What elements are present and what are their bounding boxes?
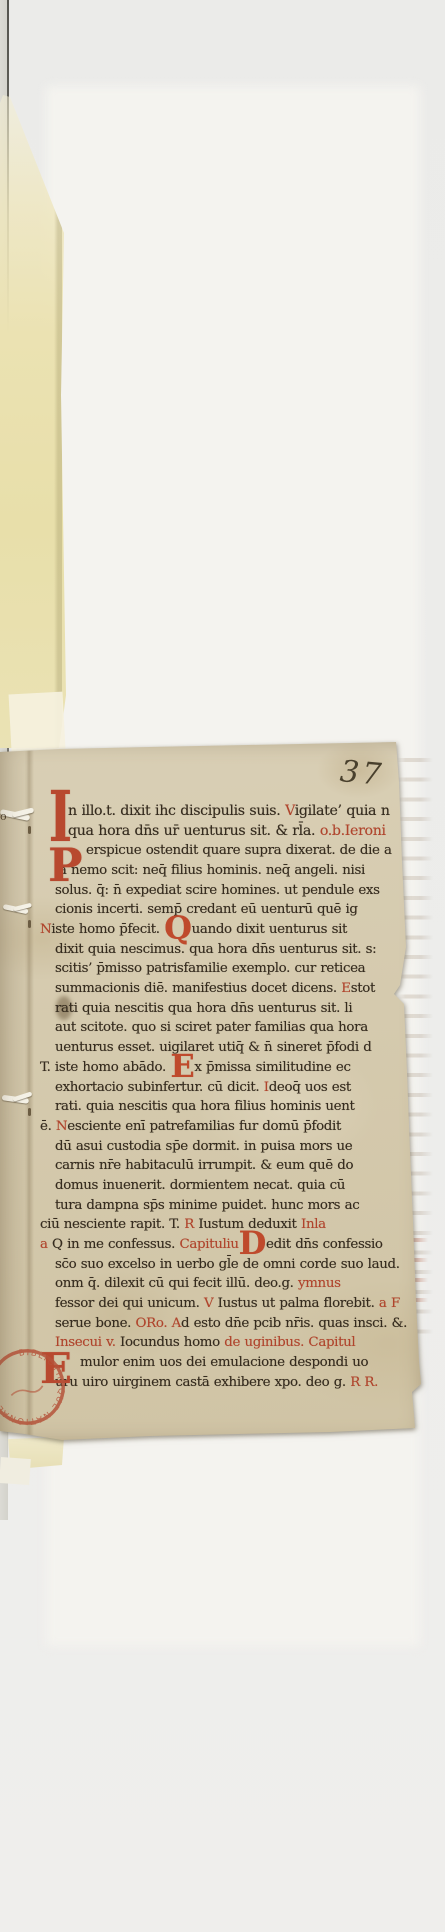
rubric-text: a F [379,1296,400,1311]
ink-text: domus inuenerit. dormientem necat. quia … [55,1178,345,1193]
text-line: ia nemo scit: neq̄ filius hominis. neq̄ … [40,861,365,881]
text-line: onm q̄. dilexit cū qui fecit illū. deo… [40,1274,341,1294]
stamp-smudge-icon [11,1385,44,1398]
ink-text: uando dixit uenturus sit [192,922,347,937]
text-line: ē. Nesciente enī patrefamilias fur dom… [40,1117,341,1137]
text-line: uenturus esset. uigilaret utiq̄ & n̄ sin… [40,1038,371,1058]
rubric-text: Capituliu [180,1237,239,1252]
ink-text: serue bone. [55,1316,136,1331]
ink-text: esciente enī patrefamilias fur domū p̄… [67,1119,341,1134]
text-line: sc̄o suo excelso in uerbo gl̄e de omni c… [40,1255,400,1275]
text-line: scitis’ p̄misso patrisfamilie exemplo. c… [40,959,365,979]
ink-text: dū asui custodia sp̄e dormit. in puisa … [55,1139,352,1154]
ink-text: rati. quia nescitis qua hora filius homi… [55,1099,355,1114]
text-line: rati quia nescitis qua hora dn̄s uenturu… [40,999,352,1019]
rubric-text: ymnus [298,1276,341,1291]
ink-text: Iustus ut palma florebit. [218,1296,379,1311]
photo-canvas: 37 n illo.t. dixit ihc discipulis suis. … [0,0,445,1932]
sewing-slit [28,1108,31,1116]
ink-text: stot [351,981,375,996]
rubric-text: V [285,803,295,819]
ink-text: ciū nesciente rapit. T. [40,1217,184,1232]
text-line: dū asui custodia sp̄e dormit. in puisa … [40,1137,352,1157]
text-line: Insecui v. Iocundus homo de uginibus. Ca… [40,1333,355,1353]
ink-text: exhortacio subinfertur. cū dicit. [55,1080,264,1095]
rubric-text: Capitul [308,1335,355,1350]
ink-text: T. iste homo abādo. [40,1060,170,1075]
tape-tab-small [0,1457,31,1485]
rubric-text: ORo. A [136,1316,181,1331]
rubric-text: N [40,922,51,937]
decorated-initial: P [48,842,83,888]
rubric-text: E [341,981,350,996]
ink-text: uenturus esset. uigilaret utiq̄ & n̄ sin… [55,1040,371,1055]
text-line: summacionis diē. manifestius docet dice… [40,979,375,999]
ink-text: d esto dn̄e pcib nr̄is. quas insci. &. [181,1316,407,1331]
ink-text: onm q̄. dilexit cū qui fecit illū. deo… [55,1276,298,1291]
sewing-slit [28,920,31,928]
sewing-thread [1,1092,36,1109]
ink-text: deoq̄ uos est [269,1080,351,1095]
rubric-text: N [56,1119,67,1134]
parchment-wrap: 37 n illo.t. dixit ihc discipulis suis. … [0,742,422,1442]
ink-text: uru uiro uirginem castā exhibere xpo. d… [55,1375,350,1390]
text-line: fessor dei qui unicum. V Iustus ut palma… [40,1294,400,1314]
ink-text: erspicue ostendit quare supra dixerat. d… [86,843,392,858]
rubric-text: de uginibus. [224,1335,308,1350]
ink-text: scitis’ p̄misso patrisfamilie exemplo. c… [55,961,365,976]
text-line: rati. quia nescitis qua hora filius homi… [40,1097,355,1117]
text-line: carnis nr̄e habitaculū irrumpit. & eum … [40,1156,353,1176]
ink-text: Q in me confessus. [52,1237,179,1252]
ink-text: igilate’ quia n [295,803,390,819]
text-line: exhortacio subinfertur. cū dicit. Ideoq… [40,1078,351,1098]
text-line: uru uiro uirginem castā exhibere xpo. d… [40,1373,378,1393]
rubric-text: V [204,1296,218,1311]
ink-text: mulor enim uos dei emulacione despondi u… [80,1355,368,1370]
text-line: dixit quia nescimus. qua hora dn̄s uentu… [40,940,376,960]
ink-text: tura dampna sp̄s minime puidet. hunc mor… [55,1198,359,1213]
ink-text: rati quia nescitis qua hora dn̄s uenturu… [55,1001,352,1016]
ink-text: iste homo p̄fecit. [51,922,164,937]
text-block: n illo.t. dixit ihc discipulis suis. Vig… [40,742,415,1442]
ink-text: solus. q̄: n̄ expediat scire homines. ut… [55,883,380,898]
sewing-thread [3,903,35,917]
ink-text: fessor dei qui unicum. [55,1296,204,1311]
rubric-text: o.b.Ieroni [320,823,386,839]
text-line: mulor enim uos dei emulacione despondi u… [40,1353,368,1373]
text-line: aut scitote. quo si sciret pater familia… [40,1018,368,1038]
ink-text: x p̄missa similitudine ec [194,1060,350,1075]
rubric-text: a [40,1237,52,1252]
ink-text: Iocundus homo [120,1335,224,1350]
ink-text: aut scitote. quo si sciret pater familia… [55,1020,368,1035]
ink-text: cionis incerti. semp̄ credant eū uentur… [55,902,358,917]
text-line: n illo.t. dixit ihc discipulis suis. Vig… [40,802,390,822]
ink-text: n illo.t. dixit ihc discipulis suis. [68,803,285,819]
text-line: solus. q̄: n̄ expediat scire homines. ut… [40,881,380,901]
text-line: serue bone. ORo. Ad esto dn̄e pcib nr̄is… [40,1314,407,1334]
text-line: a Q in me confessus. CapituliuDedit dn̄s… [40,1235,383,1255]
text-line: tura dampna sp̄s minime puidet. hunc mor… [40,1196,359,1216]
ink-text: sc̄o suo excelso in uerbo gl̄e de omni c… [55,1257,400,1272]
ink-text: dixit quia nescimus. qua hora dn̄s uentu… [55,942,376,957]
text-line: domus inuenerit. dormientem necat. quia … [40,1176,345,1196]
rubric-text: Inla [301,1217,326,1232]
text-line: erspicue ostendit quare supra dixerat. d… [40,841,392,861]
text-line: T. iste homo abādo. Ex p̄missa similitu… [40,1058,351,1078]
sewing-slit [28,826,31,834]
ink-text: edit dn̄s confessio [266,1237,383,1252]
text-line: ciū nesciente rapit. T. R Iustum deduxi… [40,1215,326,1235]
ink-text: ia nemo scit: neq̄ filius hominis. neq̄ … [55,863,365,878]
parchment-fragment: 37 n illo.t. dixit ihc discipulis suis. … [0,742,422,1442]
text-line: qua hora dn̄s ur̄ uenturus sit. & rl̄a. … [40,822,386,842]
ink-text: summacionis diē. manifestius docet dice… [55,981,341,996]
ink-text: ē. [40,1119,56,1134]
text-line: Niste homo p̄fecit. Quando dixit uenturu… [40,920,347,940]
text-line: cionis incerti. semp̄ credant eū uentur… [40,900,358,920]
rubric-text: R [184,1217,198,1232]
ink-text: carnis nr̄e habitaculū irrumpit. & eum … [55,1158,353,1173]
ink-text: qua hora dn̄s ur̄ uenturus sit. & rl̄a. [68,823,320,839]
rubric-text: R R. [350,1375,378,1390]
stub-mark: o [0,810,7,823]
